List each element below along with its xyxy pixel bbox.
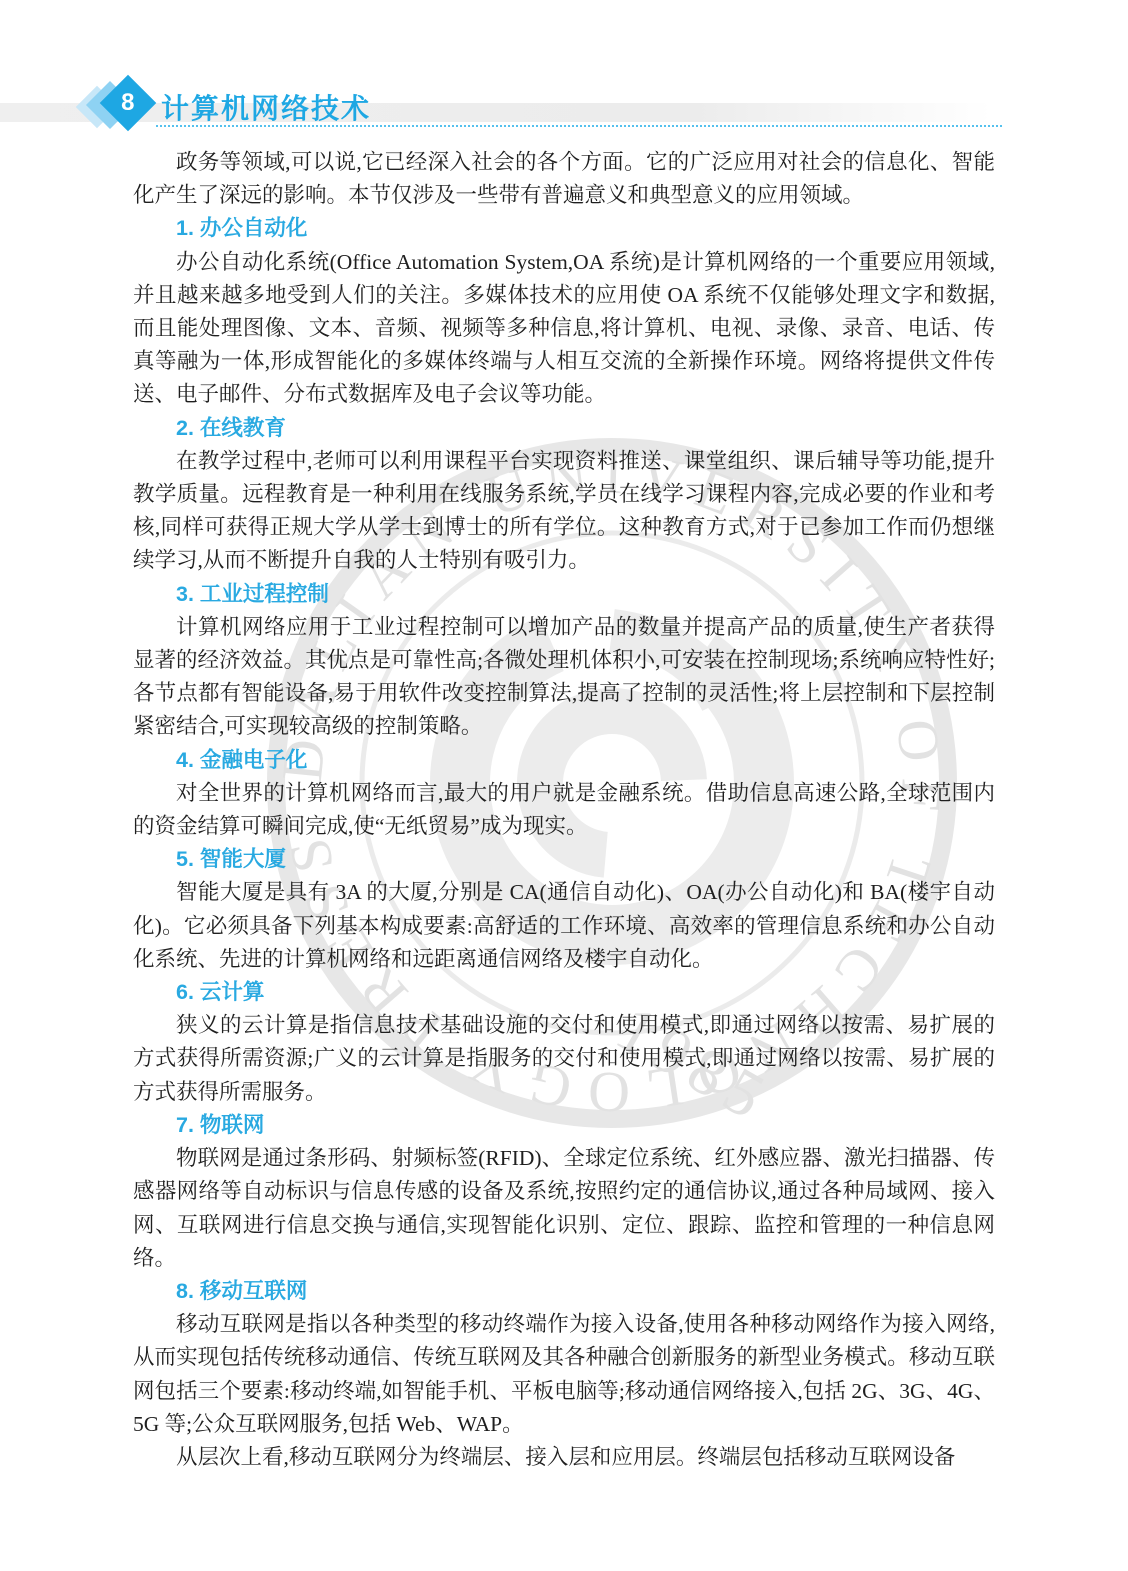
paragraph: 移动互联网是指以各种类型的移动终端作为接入设备,使用各种移动网络作为接入网络,从… — [133, 1308, 995, 1441]
textbook-page: DALIAN UNIVERSITY OF TECHNOLOGY PRESS 19… — [0, 0, 1128, 1571]
page-header: 8 计算机网络技术 — [0, 72, 1128, 142]
section-heading: 3. 工业过程控制 — [133, 578, 995, 611]
page-body: 政务等领域,可以说,它已经深入社会的各个方面。它的广泛应用对社会的信息化、智能化… — [133, 146, 995, 1474]
page-number: 8 — [121, 91, 134, 115]
chapter-number-badge: 8 — [80, 76, 160, 136]
section-heading: 1. 办公自动化 — [133, 212, 995, 245]
paragraph: 办公自动化系统(Office Automation System,OA 系统)是… — [133, 246, 995, 412]
paragraph: 狭义的云计算是指信息技术基础设施的交付和使用模式,即通过网络以按需、易扩展的方式… — [133, 1009, 995, 1109]
book-title: 计算机网络技术 — [161, 87, 371, 127]
paragraph: 从层次上看,移动互联网分为终端层、接入层和应用层。终端层包括移动互联网设备 — [133, 1441, 995, 1474]
section-heading: 4. 金融电子化 — [133, 744, 995, 777]
paragraph: 智能大厦是具有 3A 的大厦,分别是 CA(通信自动化)、OA(办公自动化)和 … — [133, 876, 995, 976]
section-heading: 5. 智能大厦 — [133, 843, 995, 876]
section-heading: 6. 云计算 — [133, 976, 995, 1009]
paragraph: 政务等领域,可以说,它已经深入社会的各个方面。它的广泛应用对社会的信息化、智能化… — [133, 146, 995, 212]
paragraph: 物联网是通过条形码、射频标签(RFID)、全球定位系统、红外感应器、激光扫描器、… — [133, 1142, 995, 1275]
paragraph: 对全世界的计算机网络而言,最大的用户就是金融系统。借助信息高速公路,全球范围内的… — [133, 777, 995, 843]
section-heading: 8. 移动互联网 — [133, 1275, 995, 1308]
section-heading: 7. 物联网 — [133, 1109, 995, 1142]
paragraph: 在教学过程中,老师可以利用课程平台实现资料推送、课堂组织、课后辅导等功能,提升教… — [133, 445, 995, 578]
section-heading: 2. 在线教育 — [133, 412, 995, 445]
paragraph: 计算机网络应用于工业过程控制可以增加产品的数量并提高产品的质量,使生产者获得显著… — [133, 611, 995, 744]
